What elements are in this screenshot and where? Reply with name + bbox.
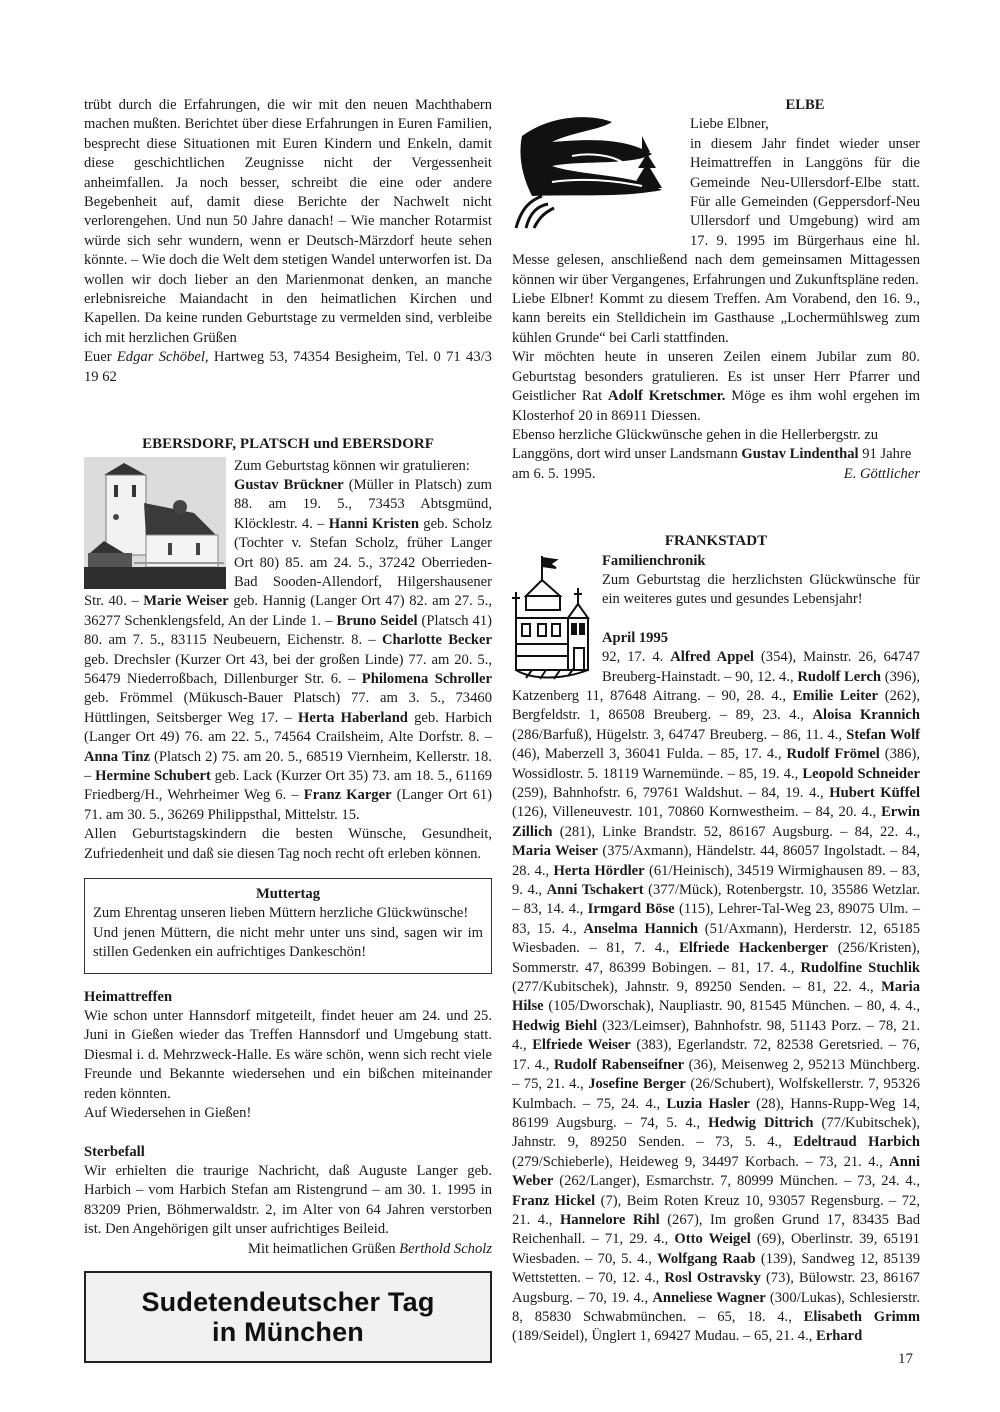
muttertag-line2: Und jenen Müttern, die nicht mehr unter … [93,924,483,963]
elbe-section: ELBE Liebe Elbner, in diesem Jahr findet… [512,96,920,484]
sterbefall-signoff: Mit heimatlichen Grüßen Berthold Scholz [84,1240,492,1259]
elbe-text4: Ebenso herzliche Glückwünsche gehen in d… [512,426,920,484]
muttertag-box: Muttertag Zum Ehrentag unseren lieben Mü… [84,878,492,974]
intro-paragraph: trübt durch die Erfahrungen, die wir mit… [84,96,492,348]
banner-line2: in München [212,1317,364,1347]
muttertag-line1: Zum Ehrentag unseren lieben Müttern herz… [93,904,483,923]
right-column: ELBE Liebe Elbner, in diesem Jahr findet… [512,96,920,1347]
section-heading-frankstadt: FRANKSTADT [512,532,920,551]
ebersdorf-closing: Allen Geburtstagskindern die besten Wüns… [84,825,492,864]
frankstadt-birthday-list: 92, 17. 4. Alfred Appel (354), Mainstr. … [512,648,920,1347]
church-photo-icon [84,457,226,589]
frankstadt-section: Familienchronik Zum Geburtstag die herzl… [512,552,920,1347]
heimattreffen-heading: Heimattreffen [84,988,492,1007]
elbe-signoff: E. Göttlicher [844,465,920,484]
author-name: Berthold Scholz [399,1241,492,1257]
heimattreffen-closing: Auf Wiedersehen in Gießen! [84,1104,492,1123]
author-name: Edgar Schöbel, [117,349,209,365]
page-number: 17 [898,1351,913,1368]
ebersdorf-section: Zum Geburtstag können wir gratulieren: G… [84,457,492,865]
elbe-text2: Liebe Elbner! Kommt zu diesem Treffen. A… [512,290,920,348]
banner-line1: Sudetendeutscher Tag [141,1287,434,1317]
sterbefall-text: Wir erhielten die traurige Nachricht, da… [84,1162,492,1240]
elbe-text3: Wir möchten heute in unseren Zeilen eine… [512,348,920,426]
sudetendeutscher-tag-banner: Sudetendeutscher Tag in München [84,1271,492,1363]
sterbefall-heading: Sterbefall [84,1143,492,1162]
castle-tower-drawing-icon [512,552,596,680]
intro-signoff: Euer Edgar Schöbel, Hartweg 53, 74354 Be… [84,348,492,387]
section-heading-ebersdorf: EBERSDORF, PLATSCH und EBERSDORF [84,435,492,454]
landscape-drawing-icon [512,96,684,238]
left-column: trübt durch die Erfahrungen, die wir mit… [84,96,492,1363]
muttertag-heading: Muttertag [93,885,483,904]
heimattreffen-text: Wie schon unter Hannsdorf mitgeteilt, fi… [84,1007,492,1104]
